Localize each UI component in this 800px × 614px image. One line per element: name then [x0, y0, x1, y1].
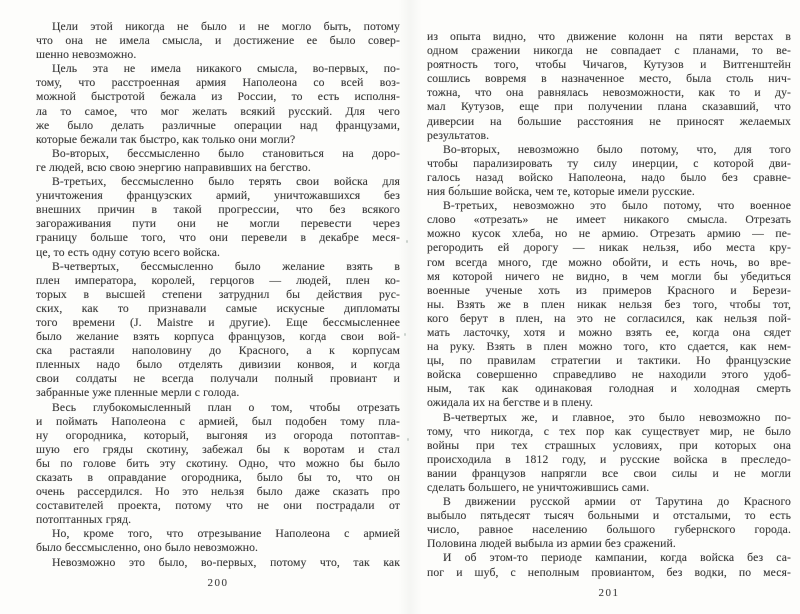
text-line: составителей проекта, потому что не они …: [36, 499, 400, 513]
text-line: мать ласточку, хотя и можно взять ее, ко…: [427, 326, 791, 340]
text-line: Цель эта не имела никакого смысла, во-пе…: [36, 62, 400, 76]
text-line: можной быстротой бежала из России, то ес…: [36, 90, 400, 104]
text-line: тому, что никогда, с тех пор как существ…: [427, 425, 791, 439]
text-line: це, то есть одну сотую всего войска.: [36, 246, 400, 260]
text-line: В-третьих, невозможно это было потому, ч…: [427, 199, 791, 213]
text-line: шенно невозможно.: [36, 48, 400, 62]
text-line: вании французов напрягли все свои силы и…: [427, 467, 791, 481]
text-line: и поймать Наполеона с армией, был подобе…: [36, 415, 400, 429]
text-line: В движении русской армии от Тарутина до …: [427, 495, 791, 509]
text-line: на руку. Взять в плен можно того, кто сд…: [427, 340, 791, 354]
text-line: можно кусок хлеба, но не армию. Отрезать…: [427, 227, 791, 241]
text-line: мя которой ничего не видно, в чем могли …: [427, 270, 791, 284]
text-line: тому, что расстроенная армия Наполеона с…: [36, 76, 400, 90]
text-line: шую его гряды скотину, забежал бы к воро…: [36, 443, 400, 457]
text-line: сделать большего, не уничтожившись сами.: [427, 481, 791, 495]
text-line: цы, по правилам стратегии и тактики. Но …: [427, 354, 791, 368]
text-line: тожна, что она равнялась невозможности, …: [427, 86, 791, 100]
page-right: из опыта видно, что движение колонн на п…: [427, 30, 791, 599]
text-line: Половина людей выбыла из армии без сраже…: [427, 537, 791, 551]
book-spread: Цели этой никогда не было и не могло быт…: [0, 0, 800, 614]
text-line: пог и шуб, с неполным провиантом, без во…: [427, 566, 791, 580]
text-line: чтобы парализировать ту силу инерции, с …: [427, 157, 791, 171]
text-line: бы по голове бить эту скотину. Одно, что…: [36, 457, 400, 471]
text-line: что она не имела смысла, и достижение ее…: [36, 34, 400, 48]
text-line: торых в высшей степени затруднил бы дейс…: [36, 288, 400, 302]
text-line: гом всегда много, где можно обойти, и ес…: [427, 256, 791, 270]
text-line: военные ученые хоть из примеров Красного…: [427, 284, 791, 298]
text-line: внешних причин в такой прогрессии, что б…: [36, 203, 400, 217]
text-line: загораживания пути они не могли перевест…: [36, 217, 400, 231]
text-line: уничтожения французских армий, уничтожав…: [36, 189, 400, 203]
text-line: Во-вторых, бессмысленно было становиться…: [36, 147, 400, 161]
text-line: было бессмысленно, оно было невозможно.: [36, 541, 400, 555]
scan-speck: [407, 438, 409, 441]
text-line: которые бежали так быстро, как только он…: [36, 133, 400, 147]
page-number-right: 201: [427, 587, 791, 599]
text-line: результатов.: [427, 129, 791, 143]
text-line: происходила в 1812 году, и русские войск…: [427, 453, 791, 467]
page-gutter-shadow: [398, 0, 422, 614]
text-line: плен императора, королей, герцогов — люд…: [36, 274, 400, 288]
text-line: Но, кроме того, что отрезывание Наполеон…: [36, 527, 400, 541]
text-line: выбыло пятьдесят тысяч больными и отстал…: [427, 509, 791, 523]
text-line: роятность того, чтобы Чичагов, Кутузов и…: [427, 58, 791, 72]
scan-speck: [404, 333, 406, 336]
page-left: Цели этой никогда не было и не могло быт…: [36, 20, 400, 589]
text-line: число, равное населению большого губернс…: [427, 523, 791, 537]
text-line: Цели этой никогда не было и не могло быт…: [36, 20, 400, 34]
text-line: галось назад войско Наполеона, надо было…: [427, 171, 791, 185]
page-number-left: 200: [36, 577, 400, 589]
text-line: пленных надо было отделять дивизии конво…: [36, 358, 400, 372]
text-line: одном сражении никогда не совпадает с пл…: [427, 44, 791, 58]
page-right-text: из опыта видно, что движение колонн на п…: [427, 30, 791, 580]
text-line: Во-вторых, невозможно было потому, что, …: [427, 143, 791, 157]
page-left-text: Цели этой никогда не было и не могло быт…: [36, 20, 400, 570]
text-line: границу больше того, что они перевели в …: [36, 231, 400, 245]
text-line: регородить ей дорогу — никак нельзя, ибо…: [427, 241, 791, 255]
text-line: сказать в оправдание огородника, было бы…: [36, 471, 400, 485]
text-line: потоптанных гряд.: [36, 513, 400, 527]
text-line: ну огородника, который, выгоняя из огоро…: [36, 429, 400, 443]
text-line: кого берут в плен, на это не согласился,…: [427, 312, 791, 326]
text-line: было желание взять корпуса французов, ко…: [36, 330, 400, 344]
text-line: того времени (J. Maistre и другие). Еще …: [36, 316, 400, 330]
text-line: диверсии на большие расстояния не принос…: [427, 115, 791, 129]
text-line: забранные уже пленные мерли с голода.: [36, 386, 400, 400]
text-line: ска растаяли наполовину до Красного, а к…: [36, 344, 400, 358]
text-line: И об этом-то периоде кампании, когда вой…: [427, 551, 791, 565]
text-line: ла то самое, что мог желать всякий русск…: [36, 105, 400, 119]
text-line: Весь глубокомысленный план о том, чтобы …: [36, 401, 400, 415]
text-line: свои солдаты не всегда получали полный п…: [36, 372, 400, 386]
text-line: ожидала их на бегстве и в плену.: [427, 396, 791, 410]
text-line: же было делать различные операции над фр…: [36, 119, 400, 133]
text-line: сошлись вовремя в назначенное место, был…: [427, 72, 791, 86]
text-line: из опыта видно, что движение колонн на п…: [427, 30, 791, 44]
text-line: мал Кутузов, еще при получении плана ска…: [427, 100, 791, 114]
text-line: войны при тех страшных условиях, при кот…: [427, 439, 791, 453]
text-line: ния бо́льшие войска, чем те, которые име…: [427, 185, 791, 199]
text-line: В-третьих, бессмысленно было терять свои…: [36, 175, 400, 189]
text-line: Невозможно это было, во-первых, потому ч…: [36, 556, 400, 570]
text-line: ге людей, всю свою энергию направивших н…: [36, 161, 400, 175]
text-line: очень рассердился. Но это нельзя было да…: [36, 485, 400, 499]
text-line: ным, так как одинаковая голодная и холод…: [427, 382, 791, 396]
text-line: ны. Взять же в плен никак нельзя без тог…: [427, 298, 791, 312]
text-line: ских, как то признавали самые искусные д…: [36, 302, 400, 316]
text-line: В-четвертых, бессмысленно было желание в…: [36, 260, 400, 274]
text-line: В-четвертых же, и главное, это было нево…: [427, 411, 791, 425]
text-line: слово «отрезать» не имеет никакого смысл…: [427, 213, 791, 227]
text-line: войска совершенно справедливо не находил…: [427, 368, 791, 382]
scan-speck: [406, 240, 408, 243]
